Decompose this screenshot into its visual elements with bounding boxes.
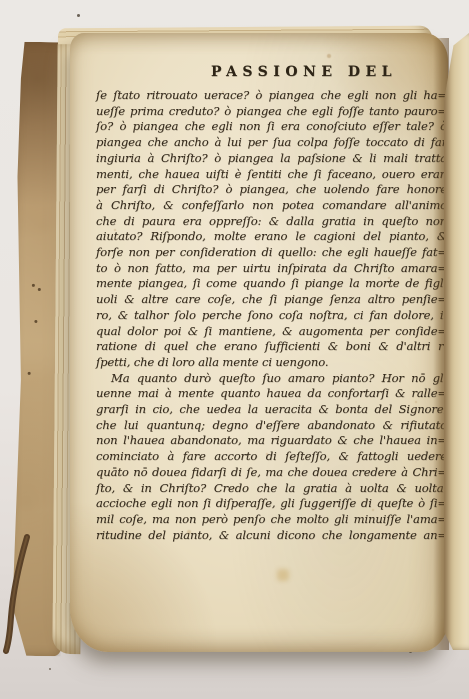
text-line: ſpetti, che di loro alla mente ci uengon… [96, 355, 447, 371]
photo-of-open-book: PASSIONE DEL ſe ſtato ritrouato uerace? … [0, 0, 469, 699]
wormhole [32, 284, 35, 287]
text-line: non l'hauea abandonato, ma riguardato & … [96, 433, 447, 449]
text-line: piangea che ancho à lui per ſua colpa fo… [96, 135, 447, 151]
book-leaf: PASSIONE DEL ſe ſtato ritrouato uerace? … [70, 33, 448, 652]
text-line: forſe non per conſideration di quello: c… [96, 245, 447, 261]
text-line: ro, & talhor ſolo perche ſono coſa noſtr… [96, 308, 447, 324]
text-line: mil coſe, ma non però penſo che molto gl… [96, 512, 447, 528]
text-line: uenne mai à mente quanto hauea da confor… [96, 386, 447, 402]
text-line: ſe ſtato ritrouato uerace? ò piangea che… [96, 88, 447, 104]
text-line: menti, che hauea uiſti è ſentiti che ſi … [96, 167, 447, 183]
text-line: che di paura era oppreſſo: & dalla grati… [96, 214, 447, 230]
text-line: Ma quanto durò queſto ſuo amaro pianto? … [96, 371, 447, 387]
wormhole [28, 372, 31, 375]
text-line: ſo? ò piangea che egli non ſi era conoſc… [96, 119, 447, 135]
text-line: grarſi in cio, che uedea la ueracita & b… [96, 402, 447, 418]
text-line: ueſſe prima creduto? ò piangea che egli … [96, 104, 447, 120]
text-line: cominciato à fare accorto di ſeſteſſo, &… [96, 449, 447, 465]
text-line: ritudine del pianto, & alcuni dicono che… [96, 528, 447, 544]
text-line: ratione di quel che erano ſufficienti & … [96, 339, 447, 355]
text-line: aiutato? Riſpondo, molte erano le cagion… [96, 229, 447, 245]
text-line: per farſi di Chriſto? ò piangea, che uol… [96, 182, 447, 198]
wormhole [38, 288, 41, 291]
text-line: uoli & altre care coſe, che ſi piange ſe… [96, 292, 447, 308]
text-line: mente piangea, ſi come quando ſi piange … [96, 276, 447, 292]
text-line: qual dolor poi & ſi mantiene, & augoment… [96, 324, 447, 340]
text-line: to ò non fatto, ma per uirtu inſpirata d… [96, 261, 447, 277]
wormhole [34, 320, 37, 323]
text-line: quāto nō douea fidarſi di ſe, ma che dou… [96, 465, 447, 481]
facing-page-edge [444, 33, 469, 650]
running-header: PASSIONE DEL [211, 64, 397, 80]
text-line: che lui quantunq; degno d'eſſere abandon… [96, 418, 447, 434]
text-line: ſto, & in Chriſto? Credo che la gratia à… [96, 481, 447, 497]
leather-tie-strap [0, 533, 40, 663]
text-block: ſe ſtato ritrouato uerace? ò piangea che… [96, 88, 447, 543]
paragraph: Ma quanto durò queſto ſuo amaro pianto? … [96, 371, 447, 544]
text-line: accioche egli non ſi diſperaſſe, gli ſug… [96, 496, 447, 512]
text-line: ingiuria à Chriſto? ò piangea la paſsion… [96, 151, 447, 167]
paragraph: ſe ſtato ritrouato uerace? ò piangea che… [96, 88, 447, 371]
wall-speck [77, 14, 80, 17]
wall-speck [49, 668, 51, 670]
text-line: à Chriſto, & confeſſarlo non potea coman… [96, 198, 447, 214]
